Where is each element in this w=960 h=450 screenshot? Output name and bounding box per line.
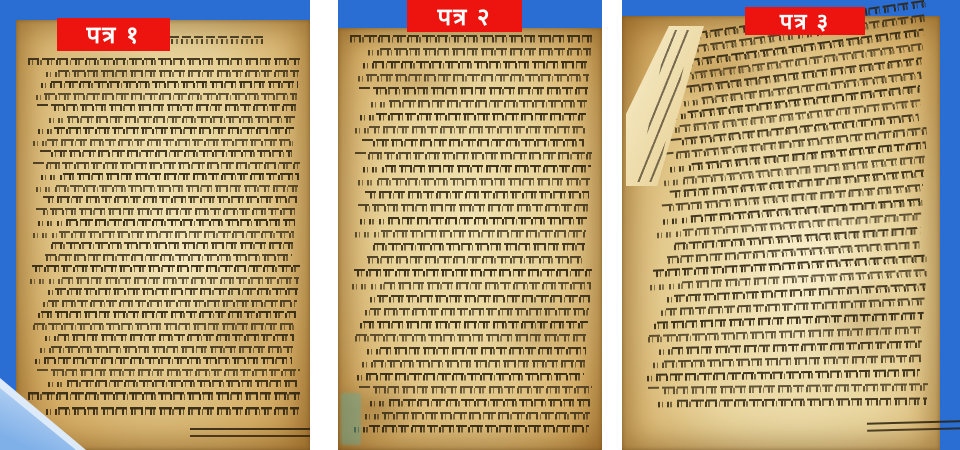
manuscript-line (29, 277, 299, 284)
manuscript-line (642, 383, 928, 395)
manuscript-line (28, 127, 294, 134)
manuscript-line (350, 191, 589, 199)
manuscript-line (33, 254, 292, 261)
manuscript-line (353, 152, 592, 160)
manuscript-line (354, 243, 585, 251)
manuscript-line (351, 48, 591, 56)
manuscript-line (352, 217, 587, 225)
manuscript-line (30, 150, 292, 157)
manuscript-line (355, 100, 587, 108)
manuscript-line (32, 104, 296, 111)
manuscript-line (353, 308, 589, 316)
manuscript-line (351, 360, 585, 368)
manuscript-line (642, 355, 921, 369)
manuscript-line (354, 321, 588, 329)
manuscript-line (28, 265, 300, 272)
manuscript-line (354, 87, 588, 95)
manuscript-line (31, 93, 297, 100)
photo-panel-1: पत्र १ (0, 0, 310, 450)
manuscript-line (353, 230, 586, 238)
manuscript-line (28, 392, 300, 401)
manuscript-line (350, 113, 586, 121)
page-label-1: पत्र १ (57, 18, 170, 51)
manuscript-page-1 (16, 20, 310, 450)
manuscript-line (354, 399, 591, 407)
manuscript-line (355, 412, 590, 420)
manuscript-line (31, 300, 297, 307)
manuscript-line (29, 346, 293, 353)
manuscript-line (355, 334, 587, 342)
manuscript-line (352, 61, 590, 69)
manuscript-line (353, 74, 589, 82)
manuscript-line (642, 340, 922, 356)
manuscript-line (642, 398, 927, 408)
manuscript-line (352, 139, 584, 147)
manuscript-line (31, 369, 300, 376)
manuscript-line (33, 116, 295, 123)
manuscript-line (350, 35, 592, 43)
manuscript-page-2 (338, 28, 602, 450)
manuscript-line (30, 81, 298, 88)
manuscript-line (32, 311, 296, 318)
manuscript-line (350, 425, 589, 433)
manuscript-line (352, 295, 590, 303)
manuscript-text-block (28, 58, 300, 392)
manuscript-line (30, 288, 298, 295)
manuscript-line (30, 219, 295, 226)
manuscript-line (355, 256, 584, 264)
manuscript-line (30, 357, 292, 364)
manuscript-line (28, 196, 297, 203)
manuscript-line (352, 373, 584, 381)
manuscript-line (29, 208, 296, 215)
manuscript-line (642, 369, 920, 382)
photo-panel-3: पत्र ३ (622, 0, 960, 450)
page-label-3: पत्र ३ (745, 7, 865, 35)
end-rule (867, 417, 960, 431)
manuscript-line (33, 185, 298, 192)
teal-stamp-mark (341, 393, 361, 445)
manuscript-line (32, 380, 299, 387)
colophon-text (28, 392, 300, 422)
page-label-2: पत्र २ (407, 0, 522, 32)
photo-panel-2: पत्र २ (338, 0, 602, 450)
manuscript-line (32, 242, 293, 249)
manuscript-line (28, 334, 294, 341)
manuscript-line (31, 231, 294, 238)
manuscript-line (29, 139, 293, 146)
manuscript-line (31, 162, 300, 169)
manuscript-line (28, 58, 300, 65)
manuscript-collage: पत्र १ पत्र २ पत्र ३ (0, 0, 960, 450)
manuscript-line (351, 282, 591, 290)
manuscript-line (351, 204, 588, 212)
manuscript-line (29, 70, 299, 77)
manuscript-line (32, 173, 299, 180)
manuscript-page-3 (622, 16, 940, 450)
manuscript-line (354, 165, 591, 173)
manuscript-text-block (350, 35, 592, 438)
manuscript-line (33, 323, 295, 330)
end-rule (190, 428, 310, 437)
manuscript-line (29, 407, 299, 416)
manuscript-line (355, 178, 590, 186)
manuscript-line (350, 347, 586, 355)
manuscript-line (353, 386, 592, 394)
manuscript-line (350, 269, 592, 277)
manuscript-line (351, 126, 585, 134)
